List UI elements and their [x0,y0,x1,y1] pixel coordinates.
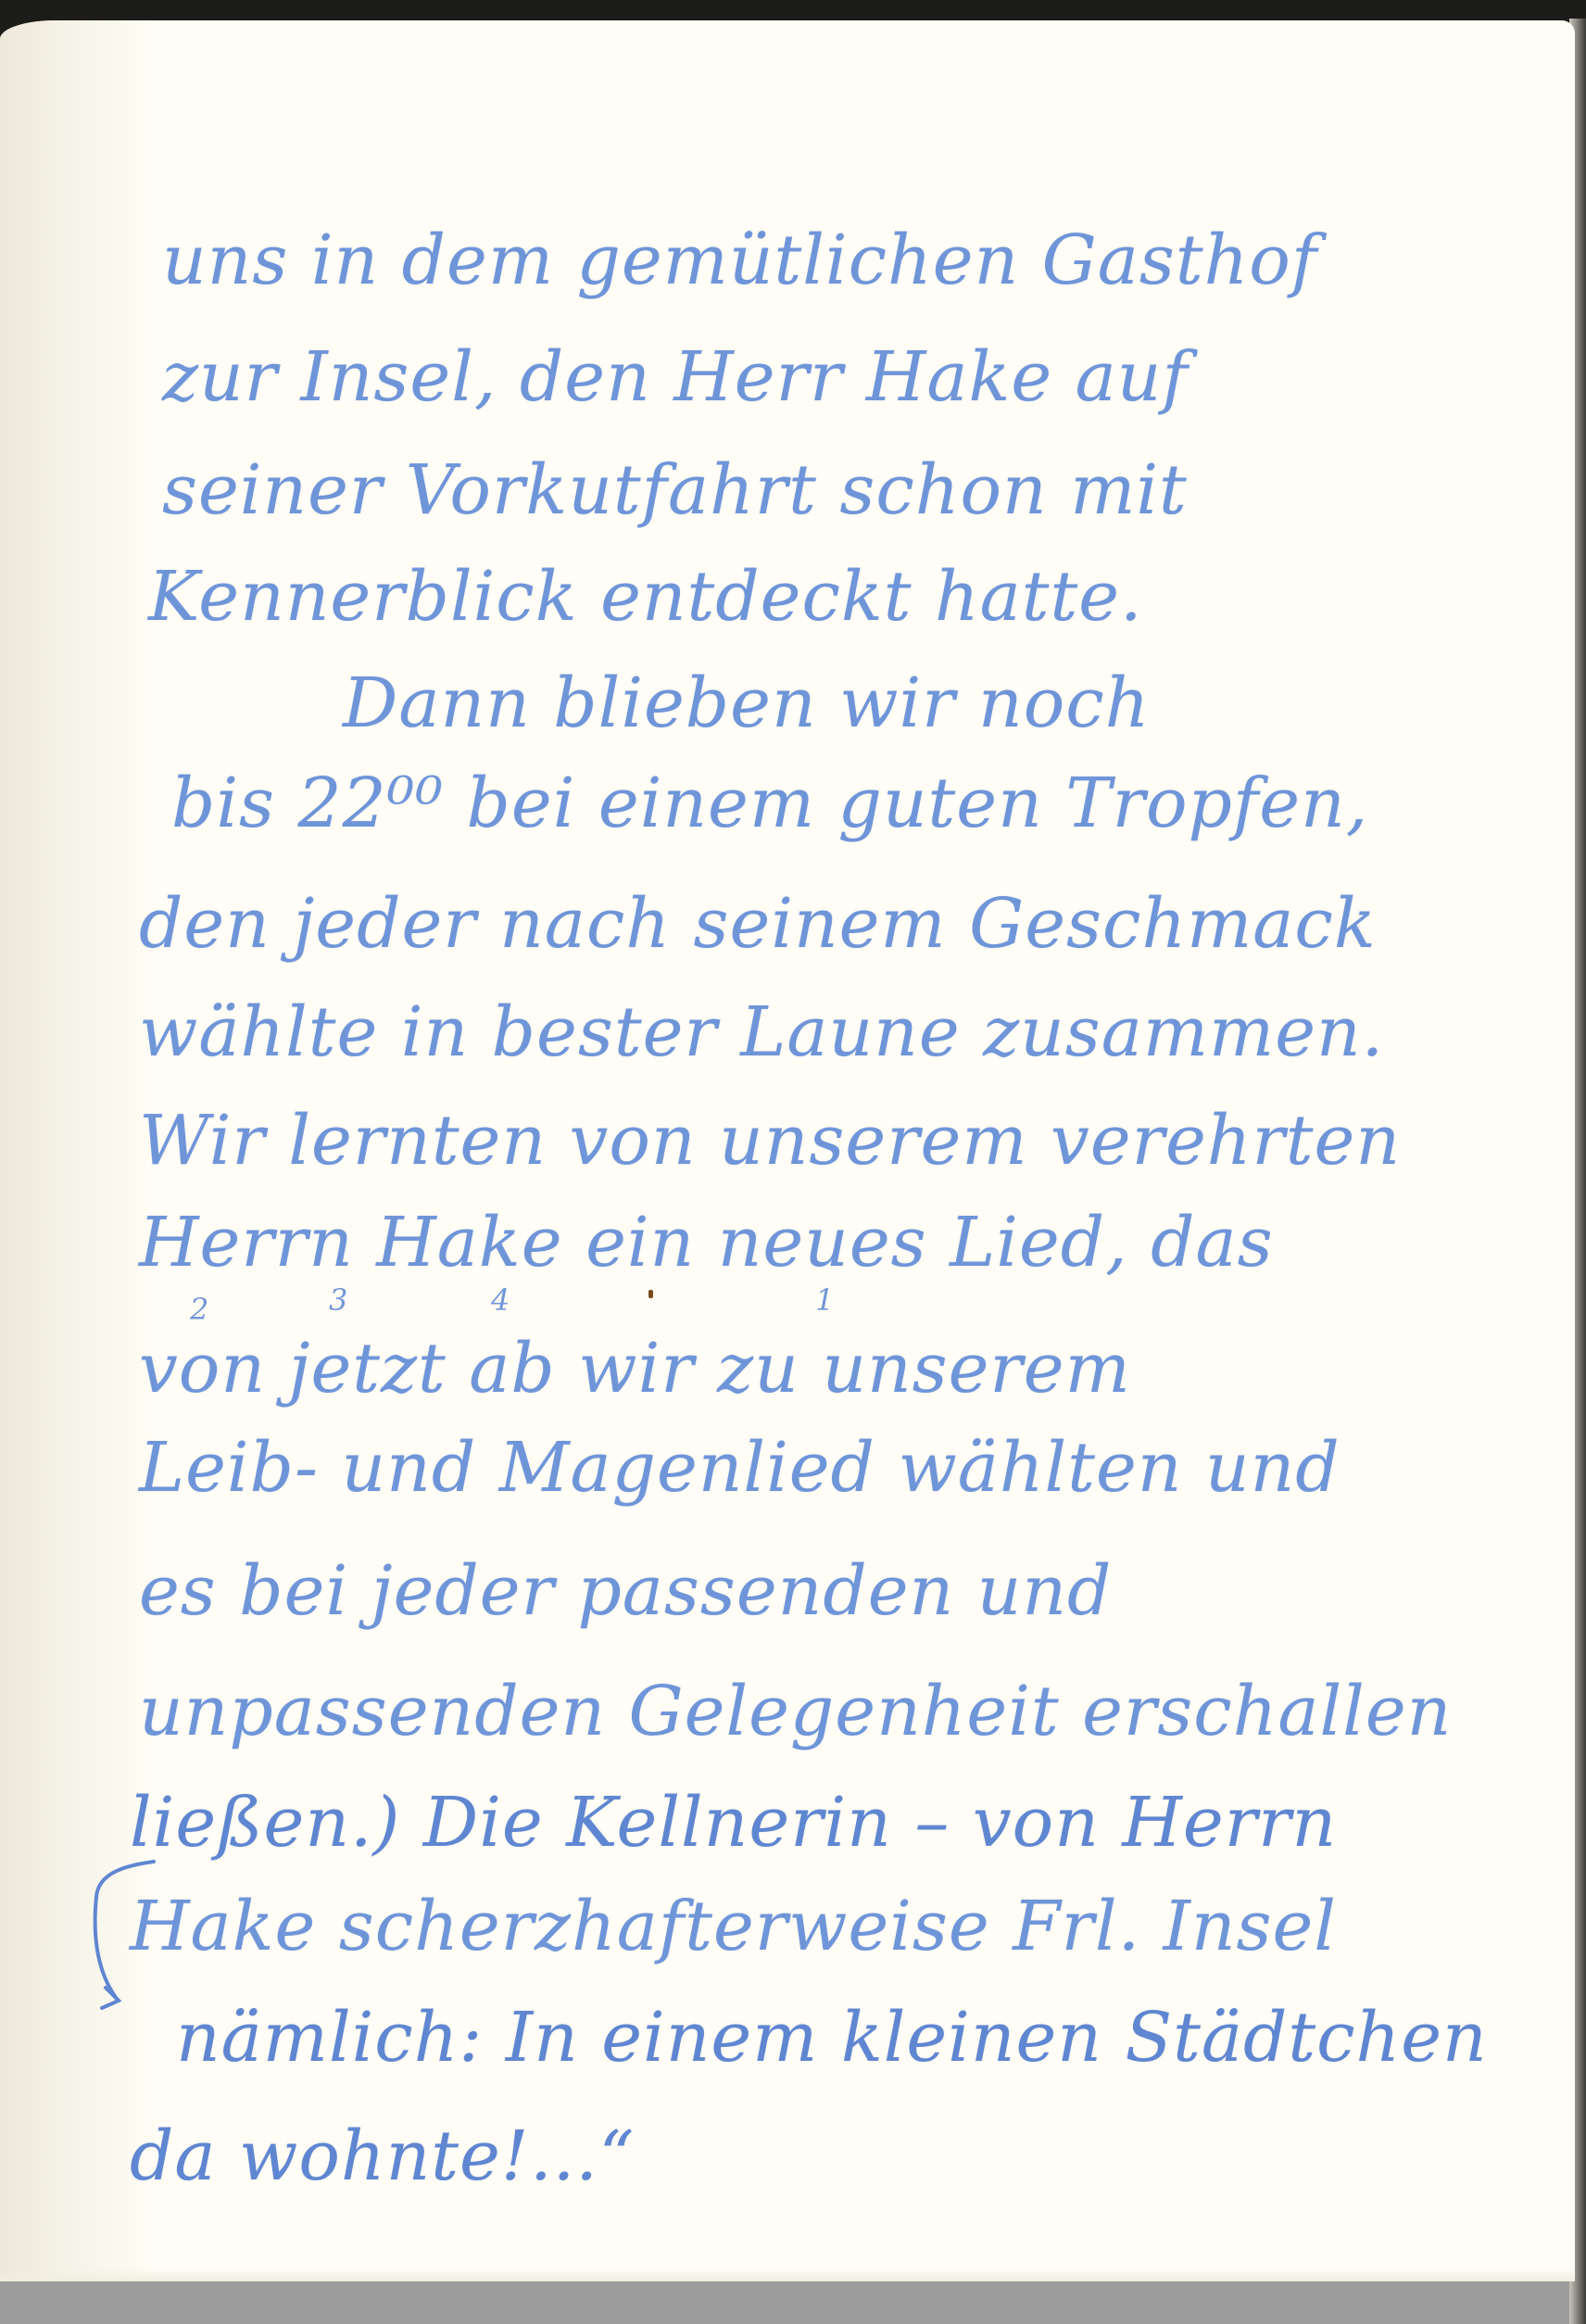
handwritten-line-12: Leib- und Magenlied wählten und [139,1434,1341,1502]
handwritten-line-13: es bei jeder passenden und [139,1557,1112,1625]
handwritten-line-9: Wir lernten von unserem verehrten [139,1106,1401,1175]
handwritten-line-8: wählte in bester Laune zusammen. [139,998,1384,1067]
paper-speck [648,1290,653,1298]
handwritten-line-11: von jetzt ab wir zu unserem [139,1334,1131,1403]
handwritten-line-1: uns in dem gemütlichen Gasthof [162,226,1317,295]
reorder-mark-2: 2 [190,1292,208,1327]
reorder-mark-3: 3 [329,1282,347,1318]
notebook-page: uns in dem gemütlichen Gasthof zur Insel… [0,20,1575,2281]
reorder-mark-4: 4 [491,1282,510,1318]
handwritten-line-7: den jeder nach seinem Geschmack [139,890,1377,958]
handwritten-line-10: Herrn Hake ein neues Lied, das [139,1208,1274,1277]
handwritten-line-17: nämlich: In einem kleinen Städtchen [176,2003,1488,2072]
handwritten-line-16: Hake scherzhafterweise Frl. Insel [130,1892,1337,1961]
handwritten-line-2: zur Insel, den Herr Hake auf [162,343,1189,411]
handwritten-line-4: Kennerblick entdeckt hatte. [148,562,1143,631]
scanner-background-bottom [0,2280,1586,2324]
page-bottom-edge [0,2268,1575,2281]
handwritten-line-6: bis 22⁰⁰ bei einem guten Tropfen, [171,769,1368,838]
insertion-arrow-icon [89,1860,163,2017]
handwritten-line-3: seiner Vorkutfahrt schon mit [162,456,1188,524]
reorder-mark-1: 1 [815,1282,834,1318]
handwritten-line-5: Dann blieben wir noch [343,669,1150,738]
handwritten-line-18: da wohnte!…“ [130,2122,635,2191]
handwritten-line-15: ließen.) Die Kellnerin – von Herrn [130,1788,1337,1857]
handwritten-line-14: unpassenden Gelegenheit erschallen [139,1677,1452,1746]
